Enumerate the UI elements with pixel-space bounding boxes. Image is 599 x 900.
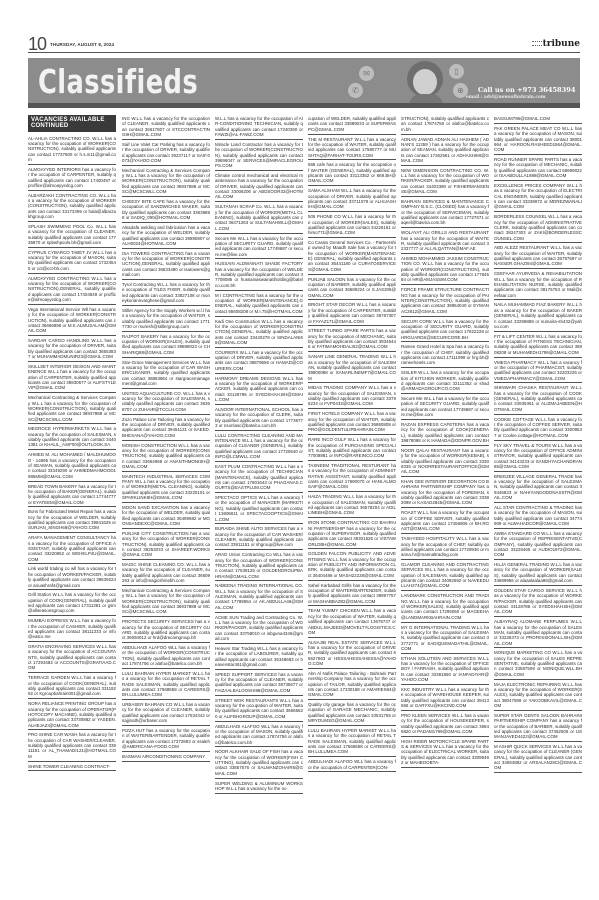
- classified-ad: KKC INDUSTRY W.L.L has a vacancy for the…: [401, 686, 489, 711]
- classified-ad: Secure Me W.L.L has a vacancy for the oc…: [401, 395, 489, 420]
- classified-ad: W.L.L has a vacancy for the occupation o…: [215, 115, 303, 140]
- classified-ad: Climate control mechanical and electrica…: [215, 172, 303, 202]
- classified-ad: NOOR ALKHAIR SALE OF FISH has a vacancy …: [215, 748, 303, 778]
- classified-ad: NAILA MUHAMMAD FIAZ BAKERY W.L.L has a v…: [494, 301, 582, 331]
- classified-ad: FIT & LIFT CENTER W.L.L has a vacancy fo…: [494, 333, 582, 358]
- classified-ad: MONISH CONSTRUCTION W.L.L has a vacancy …: [122, 442, 210, 472]
- classified-ad: Co Carato General Services Co. - Partner…: [308, 239, 396, 275]
- classified-ad: MOON SAND EXCAVATION has a vacancy for t…: [122, 504, 210, 529]
- brand-logo: tribune: [532, 39, 580, 49]
- classified-ad: SPECTACO OPTICS W.L.L has a vacancy for …: [215, 494, 303, 524]
- page-number: 10: [28, 36, 46, 52]
- classified-ad: MIDAS TRADING COMPANY W.L.L has a vacanc…: [308, 384, 396, 409]
- classified-ad: ALBAYRAQ ALOMANE PERFUMES W.L.L has a va…: [494, 618, 582, 648]
- logo-mark-icon: [532, 41, 542, 46]
- classified-ad: STREET TURBO SPARE PARTS has a vacancy f…: [308, 327, 396, 352]
- classified-ad: TASHYEED HOSPITALITY W.L.L has a vacancy…: [401, 535, 489, 560]
- classified-ad: Abn Al Nafis Palace Tailoring - Bahraini…: [308, 670, 396, 700]
- classified-ad: UNITED AQUACULTURE CO. W.L.L has a vacan…: [122, 390, 210, 415]
- classified-ad: Mechanical Contracting & Services Compan…: [122, 587, 210, 617]
- classified-ad: MONIQUE MARKETING CO W.L.L has a vacancy…: [494, 649, 582, 679]
- classified-ad: ALNAJIB REAL ESTATE SERVICES W.L.L has a…: [308, 639, 396, 669]
- classified-ad: TEAM YUMMY CHICKEN W.L.L has a vacancy f…: [308, 607, 396, 637]
- brand-name: tribune: [543, 39, 580, 49]
- classifieds-banner: Classifieds ✉ ✆ ▯ ⊕ Call us on +973 3645…: [28, 58, 580, 108]
- classified-ad: Stiller Agency for the Supply Workers w.…: [122, 307, 210, 332]
- classified-ad: HARMONY DREAMS DESIGNS W.L.L has a vacan…: [215, 375, 303, 405]
- classified-ad: ALL STAR CONTRACTING & TRADING has a vac…: [494, 504, 582, 529]
- classified-ad: NABEENA TRADING INTERNATIONAL CO. W.L.L …: [215, 582, 303, 612]
- classified-ad: RAJPOT BAKERY has a vacancy for the occu…: [122, 333, 210, 358]
- classified-ad: LULU BAHRAIN HYPER MARKET W.L.L has a va…: [308, 727, 396, 757]
- classified-ad: LULU BAHRAIN HYPER MARKET W.L.L has a va…: [122, 670, 210, 700]
- classified-ad: 668 cafe has a vacancy for the occupatio…: [308, 161, 396, 186]
- classified-ad: VMEGA PHARMACY W.L.L has a vacancy for t…: [494, 359, 582, 384]
- classified-ad: BREAD TOWN BAKERY has a vacancy for the …: [28, 483, 116, 508]
- classified-ad: IRON STONE CONTRACTING CO BAHRAINI PARTN…: [308, 519, 396, 549]
- classified-ad: BRIGHT STAR DECOR W.L.L has a vacancy fo…: [308, 301, 396, 326]
- classified-ad: ALMOAYYED CONTRACTING W.L.L has a vacanc…: [28, 275, 116, 305]
- classified-ad: BURAIDA SHINE AUTO SERVICES has a vacanc…: [215, 525, 303, 550]
- classified-ad: Secure Me W.L.L has a vacancy for the oc…: [215, 235, 303, 260]
- classified-ad: SANAR LINE GENERAL TRADING W.L.L has a v…: [308, 353, 396, 383]
- classified-ad: PUNJAB CITY CONSTRUCTION has a vacancy f…: [122, 530, 210, 560]
- classified-ad: Quality city garage has a vacancy for th…: [308, 701, 396, 726]
- classified-ad: M I CONTRACTING has a vacancy for the oc…: [215, 292, 303, 317]
- classified-ad: AHMED MOHAMMED JASSIM CONSTRUCTION CO. W…: [401, 255, 489, 285]
- page-date: THURSDAY, AUGUST 8, 2024: [50, 42, 114, 47]
- classified-ad: Ramee Grand Hotel & Spa has a vacancy fo…: [401, 343, 489, 368]
- classified-ad: NORA RELIANCE PRINTING GROUP has a vacan…: [28, 700, 116, 730]
- column-6: BASSUM796@GMAIL.COMPAK GREEN PALACE MEAT…: [494, 115, 582, 810]
- classified-ad: ROAST W.L.L has a vacancy for the occupa…: [401, 509, 489, 534]
- classified-ad: GRATIA ENGRAVING SERVICES W.L.L has a va…: [28, 643, 116, 673]
- classified-ad: HIGH RIDER MOTORCYCLE SPARE PARTS & SERV…: [401, 738, 489, 768]
- classified-ad: HILJA GENERAL TRADING W.L.L has a vacanc…: [494, 561, 582, 586]
- contact-email: email : advt@newsofbahrain.com: [466, 95, 545, 100]
- classified-ad: ING W.L.L has a vacancy for the occupati…: [122, 115, 210, 140]
- classified-ad: MAGIC SHINE CLEANING CO. W.L.L has a vac…: [122, 561, 210, 586]
- classified-ad: SHINE TOWER CLEANING CONTRACT-: [28, 763, 116, 772]
- classified-ad: BREEZEE VILLAGE GENERAL TRADE has a vaca…: [494, 473, 582, 503]
- classified-ad: MY G INTERNATIONAL TRADING W.L.L has a v…: [401, 624, 489, 654]
- classified-ad: PRO KLEEN SERVICES W.L.L has a vacancy f…: [401, 712, 489, 737]
- classified-ad: ALBARZAKH CONTRACTING CO. W.L.L has a va…: [28, 192, 116, 222]
- classified-ad: MAINTECH INDUSTRIAL SERVICES COMPANY W.L…: [122, 473, 210, 503]
- classified-ad: BASMAN AIRCONDITIONING COMPANY: [122, 753, 210, 762]
- classified-ad: ABD ALEZZ RESTAURANT W.L.L has a vacancy…: [494, 244, 582, 269]
- call-us-phone: Call us on +973 36458394: [478, 86, 575, 94]
- classified-ad: KHAN GEE INTERIOR DECORATION CO BAHRAINI…: [401, 478, 489, 508]
- classified-ad: ADNAN JAWAD ADNAN ALI HASHEM ( ADNAN'S 1…: [401, 136, 489, 166]
- classified-ad: RARE INCO GULF W.L.L has a vacancy for t…: [308, 436, 396, 461]
- classified-ad: CYPRUS CYBARCO TABET JV W.L.L has a vaca…: [28, 249, 116, 274]
- mascot-body: [409, 94, 443, 108]
- classified-ad: ROAD RUNNER SPARE PARTS has a vacancy fo…: [494, 156, 582, 181]
- classified-ad: SPLASH SWIMMING POOL Co. W.L.L has a vac…: [28, 223, 116, 248]
- column-5: STRUCTION), suitably qualified applicant…: [401, 115, 489, 810]
- classified-ad: Star-Grace Management Services W.L.L has…: [122, 359, 210, 389]
- classified-ad: COURIERX W.L.L has a vacancy for the occ…: [215, 349, 303, 374]
- classified-ad: URBASER BAHRAIN CO W.L.L has a vacancy f…: [122, 701, 210, 726]
- classified-ad: PAK GREEN PALACE MEAT CO W.L.L has a vac…: [494, 125, 582, 155]
- classified-ad: SPEED SUPPORT SERVICES has a vacancy for…: [215, 671, 303, 696]
- classified-ad: LULU CONTRACTING CLEANING AND MAINTENANC…: [215, 432, 303, 462]
- classified-ad: PIZZA HUT has a vacancy for the occupati…: [122, 727, 210, 752]
- mascot-face: [413, 69, 437, 95]
- classified-ad: Link world trading co wll has a vacancy …: [28, 565, 116, 590]
- classified-ad: Miracle Land Contractor has a vacancy fo…: [215, 141, 303, 171]
- column-2: ING W.L.L has a vacancy for the occupati…: [122, 115, 210, 810]
- classified-ad: ABDULHADI ALAFOO WLL has a vacancy for t…: [122, 644, 210, 669]
- classified-ad: ABDULHADI ALAFOO WLL has a vacancy for t…: [215, 723, 303, 748]
- tablet-icon: ▯: [449, 64, 464, 79]
- classified-ad: MAJA ELECTRONIC REPAIRING W.L.L has a va…: [494, 681, 582, 711]
- classified-columns: VACANCIES AVAILABLE CONTINUED AL-AHLIA C…: [28, 115, 585, 810]
- classified-ad: STRUCTION), suitably qualified applicant…: [401, 115, 489, 135]
- classified-ad: BORDERLESS COUNSEL W.L.L has a vacancy f…: [494, 213, 582, 243]
- classified-ad: WOLAYAT ALI GRILLS AND RESTAURANT has a …: [401, 229, 489, 254]
- classified-ad: SULTANAH SCRAP Co. W.L.L has a vacancy f…: [215, 203, 303, 233]
- classified-ad: Mechanical Contracting & Services Compan…: [28, 394, 116, 424]
- classified-ad: ALNOOR INTERNATIONAL SCHOOL has a vacanc…: [215, 406, 303, 431]
- classified-ad: TASNEEM TRADITIONAL RESTURANT has a vaca…: [308, 462, 396, 492]
- classified-ad: SUPER STAR GENTS SALOON BAHRAINI PARTNER…: [494, 712, 582, 742]
- classified-ad: STREET WOK RESTAURANTS W.L.L has a vacan…: [215, 697, 303, 722]
- classified-ad: GOLDEN FALCON PUBLICITY AND ADVERTISING …: [308, 550, 396, 580]
- classified-ad: GLAMOR CLEANING AND CONTRACTING SERVICES…: [401, 561, 489, 591]
- classified-ad: HAIZA TRADING W.L.L has a vacancy for th…: [308, 493, 396, 518]
- classified-ad: PROTECTS SECURITY SERVICES has a vacancy…: [122, 618, 210, 643]
- classified-ad: Saif Line Valet Car Parking has a vacanc…: [122, 141, 210, 166]
- classified-ad: EAST PLUM CONTRACTING W.L.L has a vacanc…: [215, 463, 303, 493]
- classified-ad: SAMA ALSHAM W.L.L has a vacancy for the …: [308, 187, 396, 212]
- classified-ad: AHMED M. ALI MOHAMED / MALDHUMOOD - 1489…: [28, 451, 116, 481]
- page-header: 10 THURSDAY, AUGUST 8, 2024 tribune: [28, 36, 580, 53]
- classified-ad: MUMBAI EXPRESS W.L.L has a vacancy for t…: [28, 617, 116, 642]
- classified-ad: AL-AHLIA CONTRACTING CO. W.L.L has a vac…: [28, 135, 116, 165]
- classified-ad: Mechanical Contracting & Services Compan…: [122, 167, 210, 197]
- classified-ad: TERRACE GARDEN W.L.L has a vacancy for t…: [28, 674, 116, 699]
- classified-ad: cupation of WELDER, suitably qualified a…: [308, 115, 396, 135]
- classified-ad: SARDAR CARGO HANDLING W.L.L has a vacanc…: [28, 337, 116, 362]
- classified-ad: ACME SUN Trading and Contracting Co. W.L…: [215, 614, 303, 644]
- column-1: VACANCIES AVAILABLE CONTINUED AL-AHLIA C…: [28, 115, 116, 810]
- classified-ad: PUNJAB SALOON has a vacancy for the occu…: [308, 276, 396, 301]
- classified-ad: ARAFA MANAGEMENT CONSULTANCY has a vacan…: [28, 534, 116, 564]
- banner-title: Classifieds: [38, 62, 198, 101]
- phone-icon: ✆: [348, 83, 363, 98]
- classified-ad: Tyrol Contracting W.L.L has a vacancy fo…: [122, 281, 210, 306]
- classified-ad: ABDULHADI ALAFOO WLL has a vacancy for t…: [308, 758, 396, 772]
- classified-ad: ISA TOWERS CONTRACTING has a vacancy for…: [122, 250, 210, 280]
- classified-ad: NEW DIMENSION CONTRACTING CO. W.L.L has …: [401, 167, 489, 197]
- classified-ad: Alsadafa welding and fabrication has a v…: [122, 224, 210, 249]
- classified-ad: HUSSAIN ALDWAINATI SHADE FACTORY has a v…: [215, 260, 303, 290]
- classified-ad: FLY SKY TRAVEL & TOURS W.L.L has a vacan…: [494, 442, 582, 472]
- column-4: cupation of WELDER, suitably qualified a…: [308, 115, 396, 810]
- classified-ad: Sahel Karbabad Grills has a vacancy for …: [308, 582, 396, 607]
- classified-ad: CHEESY BITE CAFE has a vacancy for the o…: [122, 198, 210, 223]
- classified-ad: BAHRAIN SERVICES & MAINTENANCE COMPANY B…: [401, 198, 489, 228]
- classified-ad: SHINWARI CHASKA RESTAURANT W.L.L has a v…: [494, 384, 582, 414]
- classified-ad: SECURI CORE W.L.L has a vacancy for the …: [401, 318, 489, 343]
- classified-ad: AWBA STANDARD CO W.L.L has a vacancy for…: [494, 530, 582, 560]
- column-3: W.L.L has a vacancy for the occupation o…: [215, 115, 303, 810]
- classified-ad: SISLER W.L.L has a vacancy for the occup…: [401, 369, 489, 394]
- classified-ad: M ASHIR QUICK SERVICES W.L.L has a vacan…: [494, 743, 582, 773]
- classified-ad: FORCE FRAME STRUCTURE CONTRACTING has a …: [401, 286, 489, 316]
- classified-ad: Bons for Fabricated Metal Repair has a v…: [28, 508, 116, 533]
- classified-ad: Heaven Star Trading W.L.L has a vacancy …: [215, 645, 303, 670]
- classified-ad: EXCELLENCE PRICES COMPANY W.L.L has a va…: [494, 182, 582, 212]
- classified-ad: 505 PHONE CO W.L.L has a vacancy for the…: [308, 213, 396, 238]
- classified-ad: SKILLSET INTERIOR DESIGN AND MAINTENENCE…: [28, 363, 116, 393]
- classified-ad: BASSUM796@GMAIL.COM: [494, 115, 582, 124]
- classified-ad: NOOR QALAI RESTAURANT has a vacancy for …: [401, 447, 489, 477]
- classified-ad: THE M RESTAURANT W.L.L has a vacancy for…: [308, 136, 396, 161]
- classified-ad: MEGROCE HYPERMARKETS W.L.L has a vacancy…: [28, 425, 116, 450]
- classified-ad: RAZAN EXPRESS CAFETERIA has a vacancy fo…: [401, 421, 489, 446]
- classified-ad: SUPER WELDING & ALUMINIUM WORKSHOP W.L.L…: [215, 780, 303, 794]
- classified-ad: FIRST HOTELS COMPANY W.L.L has a vacancy…: [308, 410, 396, 435]
- section-heading: VACANCIES AVAILABLE CONTINUED: [28, 115, 116, 132]
- classified-ad: Vega International Service Wll has a vac…: [28, 306, 116, 336]
- classified-ad: PRO SHINE CAR WASH has a vacancy for the…: [28, 731, 116, 761]
- classified-ad: Grill Station W.L.L has a vacancy for th…: [28, 591, 116, 616]
- classified-ad: Zozo Palace Line Tailoring has a vacancy…: [122, 416, 210, 441]
- envelope-icon: ✉: [359, 66, 374, 81]
- classified-ad: ALMOAYYED INTERIORS has a vacancy for th…: [28, 166, 116, 191]
- classified-ad: CEEFAAR AYURVEDA & REHABILITATION W.L.L …: [494, 270, 582, 300]
- classified-ad: COOKIE COTTAGE W.L.L has a vacancy for t…: [494, 416, 582, 441]
- classified-ad: GOLDEN STAR CARGO SERVICE W.L.L has a va…: [494, 587, 582, 617]
- classified-ad: LANDMARK CONSTRUCTION AND TRADING W.L.L …: [401, 592, 489, 622]
- classified-ad: ETHAN SOLUTION AND SERVICES W.L.L has a …: [401, 655, 489, 685]
- classified-ad: Kadi One Construction W.L.L has a vacanc…: [215, 318, 303, 348]
- classified-ad: ARAD Union Contracting Co WLL has a vaca…: [215, 551, 303, 581]
